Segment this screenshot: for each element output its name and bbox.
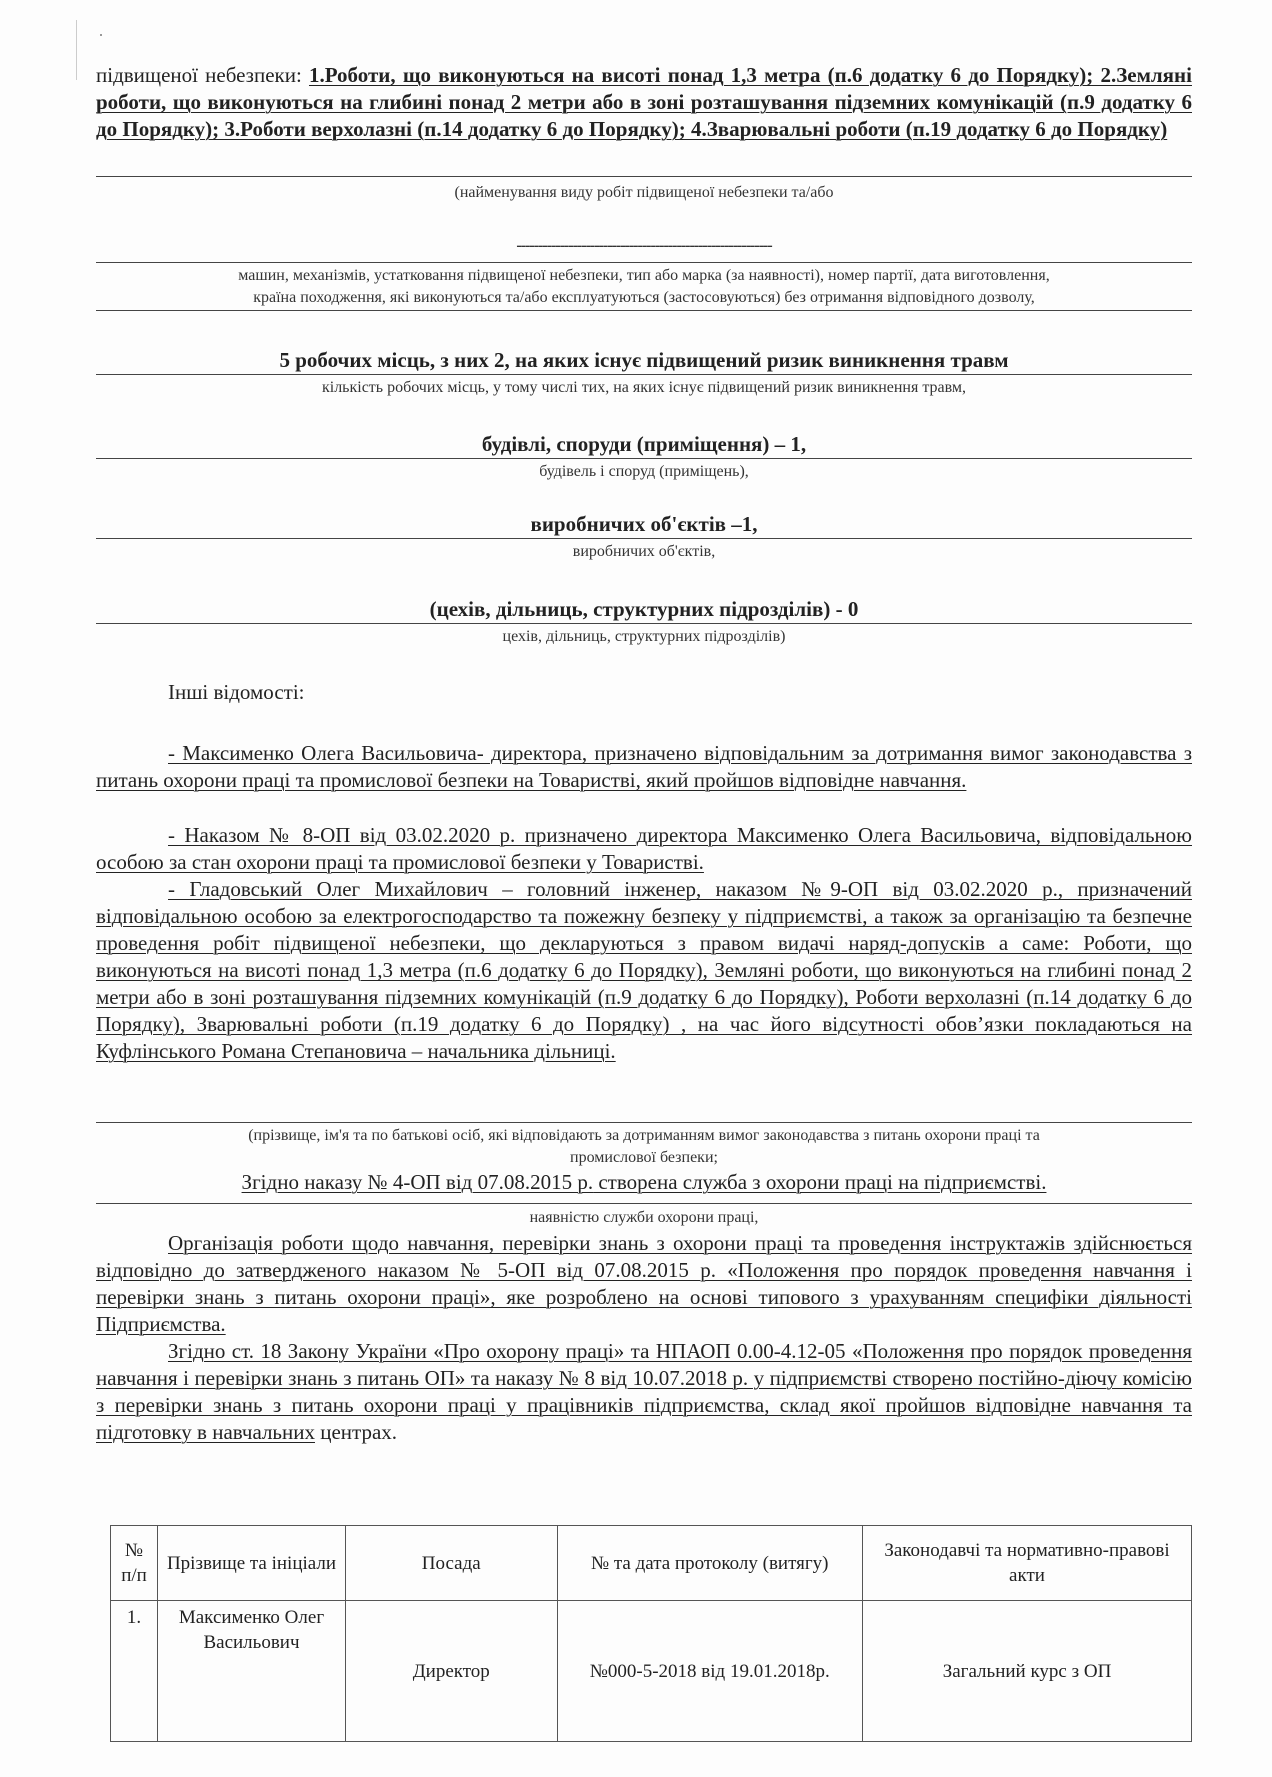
cell-position: Директор [346,1601,558,1742]
rule [96,310,1192,311]
buildings-caption: будівель і споруд (приміщень), [96,462,1192,482]
rule [96,623,1192,624]
other-info-heading: Інші відомості: [168,680,305,705]
commission-tail: центрах. [315,1420,397,1444]
cell-acts: Загальний курс з ОП [863,1601,1192,1742]
header-name: Прізвище та ініціали [158,1526,346,1601]
cell-number: 1. [111,1601,158,1742]
safety-service-text: створена служба з охорони праці на підпр… [593,1170,1046,1194]
caption-machines-line1: машин, механізмів, устатковання підвищен… [96,266,1192,286]
safety-service-line: Згідно наказу № 4-ОП від 07.08.2015 р. с… [96,1170,1192,1195]
workshops-caption: цехів, дільниць, структурних підрозділів… [96,627,1192,647]
rule [96,176,1192,177]
caption-work-types: (найменування виду робіт підвищеної небе… [96,183,1192,203]
header-protocol: № та дата протоколу (витягу) [557,1526,863,1601]
rule [96,538,1192,539]
dashes-placeholder: ----------------------------------------… [96,236,1192,256]
training-organization-paragraph: Організація роботи щодо навчання, переві… [96,1230,1192,1338]
header-position: Посада [346,1526,558,1601]
workplaces-caption: кількість робочих місць, у тому числі ти… [96,378,1192,398]
rule [96,374,1192,375]
rule [96,458,1192,459]
cell-protocol: №000-5-2018 від 19.01.2018р. [557,1601,863,1742]
buildings-value: будівлі, споруди (приміщення) – 1, [96,432,1192,457]
header-acts: Законодавчі та нормативно-правові акти [863,1526,1192,1601]
responsible-persons-caption-line1: (прізвище, ім'я та по батькові осіб, які… [96,1126,1192,1146]
scan-edge-mark [76,20,77,80]
cell-name: Максименко Олег Васильович [158,1601,346,1742]
workshops-value: (цехів, дільниць, структурних підрозділі… [96,597,1192,622]
commission-text: Згідно ст. 18 Закону України «Про охорон… [96,1339,1192,1444]
chief-engineer-paragraph: - Гладовський Олег Михайлович – головний… [96,876,1192,1065]
safety-service-caption: наявністю служби охорони праці, [96,1208,1192,1228]
table-header-row: № п/п Прізвище та ініціали Посада № та д… [111,1526,1192,1601]
production-objects-caption: виробничих об'єктів, [96,542,1192,562]
header-number: № п/п [111,1526,158,1601]
table-row: 1. Максименко Олег Васильович Директор №… [111,1601,1192,1742]
director-paragraph: - Максименко Олега Васильовича- директор… [96,740,1192,794]
order-8-paragraph: - Наказом № 8-ОП від 03.02.2020 р. призн… [96,822,1192,876]
production-objects-value: виробничих об'єктів –1, [96,512,1192,537]
safety-service-order: Згідно наказу № 4-ОП від 07.08.2015 р. [242,1170,594,1194]
hazard-works-paragraph: підвищеної небезпеки: 1.Роботи, що викон… [96,62,1192,143]
caption-machines-line2: країна походження, які виконуються та/аб… [96,288,1192,308]
commission-paragraph: Згідно ст. 18 Закону України «Про охорон… [96,1338,1192,1446]
rule [96,1122,1192,1123]
rule [96,1203,1192,1204]
responsible-persons-caption-line2: промислової безпеки; [96,1148,1192,1168]
hazard-works-prefix: підвищеної небезпеки: [96,63,309,87]
rule [96,262,1192,263]
workplaces-value: 5 робочих місць, з них 2, на яких існує … [96,348,1192,373]
document-page: підвищеної небезпеки: 1.Роботи, що викон… [96,0,1192,1777]
trained-persons-table: № п/п Прізвище та ініціали Посада № та д… [110,1525,1192,1742]
